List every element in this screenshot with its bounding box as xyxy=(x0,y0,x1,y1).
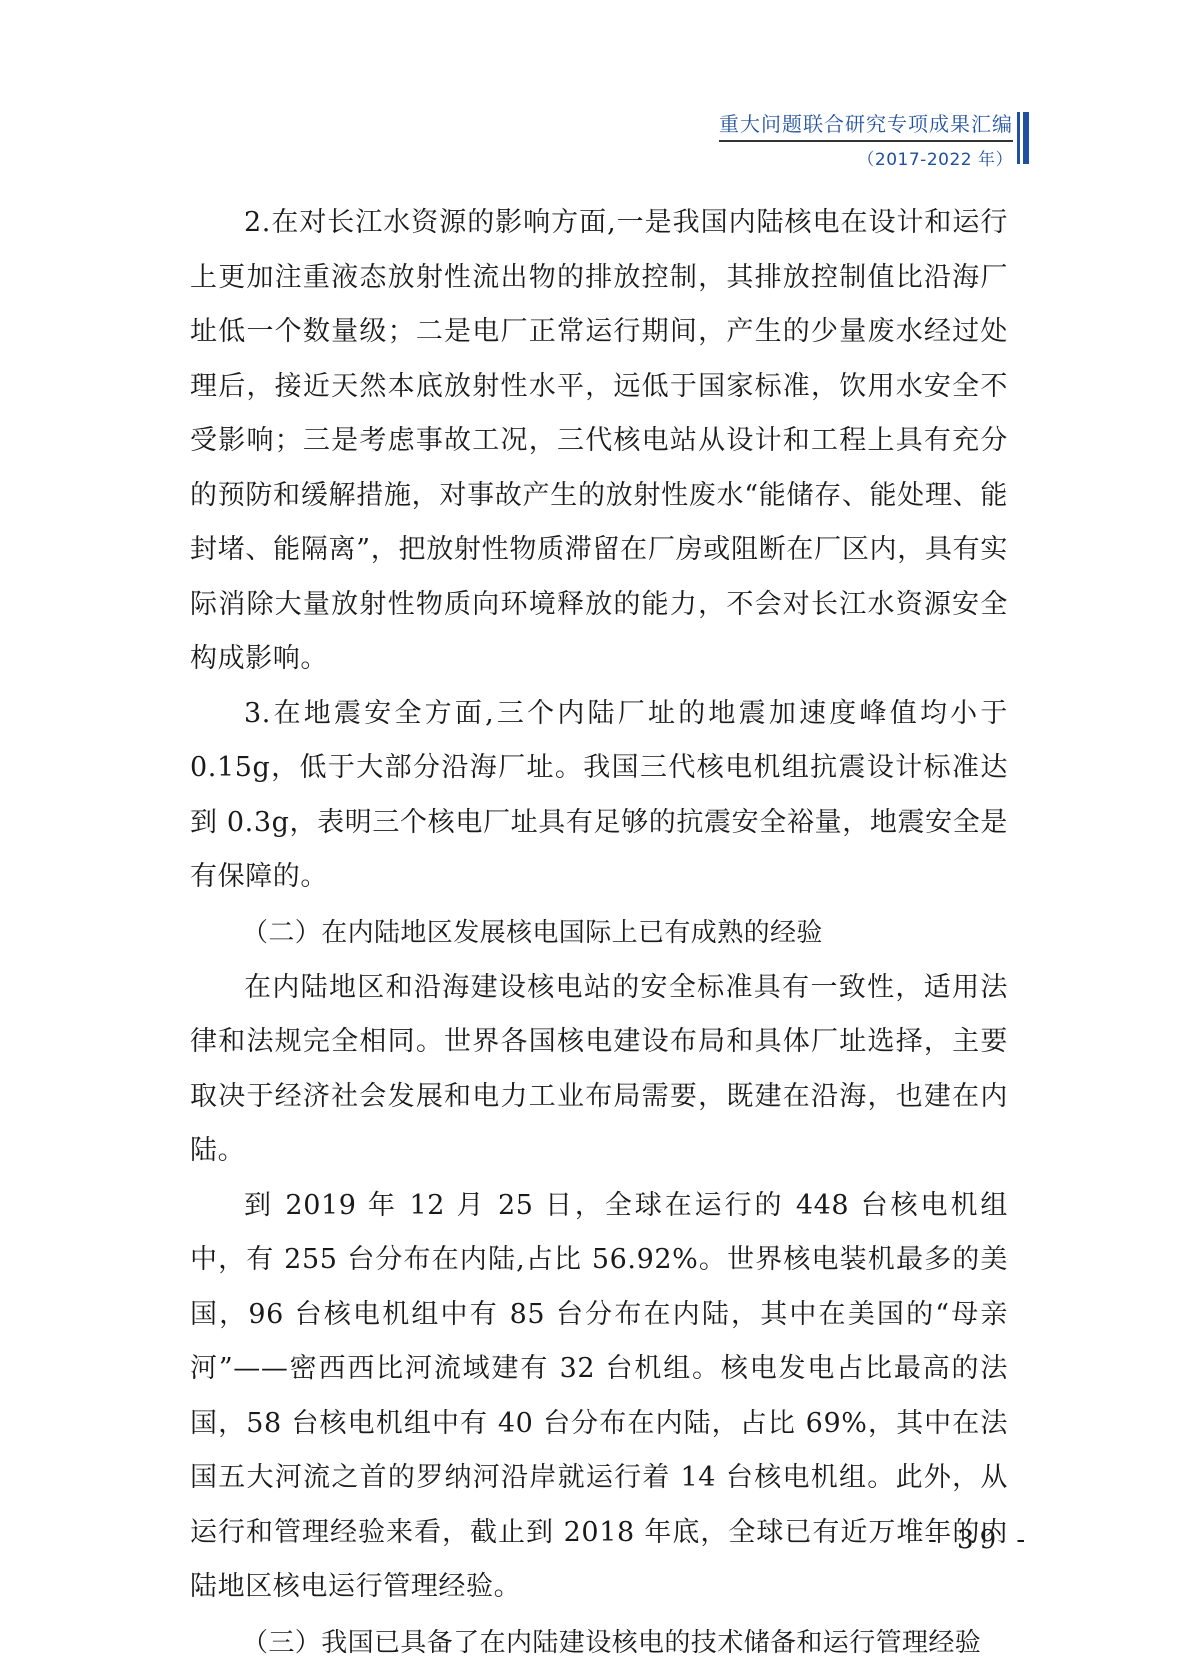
section-heading-3: （三）我国已具备了在内陆建设核电的技术储备和运行管理经验 xyxy=(190,1615,1008,1671)
running-header: 重大问题联合研究专项成果汇编 （2017-2022 年） xyxy=(719,108,1013,170)
header-title: 重大问题联合研究专项成果汇编 xyxy=(719,108,1013,142)
page-body: 2.在对长江水资源的影响方面,一是我国内陆核电在设计和运行上更加注重液态放射性流… xyxy=(190,196,1008,1671)
paragraph-global-statistics: 到 2019 年 12 月 25 日，全球在运行的 448 台核电机组中，有 2… xyxy=(190,1179,1008,1615)
header-double-bar-decoration xyxy=(1017,112,1031,164)
paragraph-seismic-safety: 3.在地震安全方面,三个内陆厂址的地震加速度峰值均小于 0.15g，低于大部分沿… xyxy=(190,687,1008,905)
header-subtitle: （2017-2022 年） xyxy=(719,145,1013,170)
page-number: - 39 - xyxy=(928,1525,1031,1555)
paragraph-safety-standards: 在内陆地区和沿海建设核电站的安全标准具有一致性，适用法律和法规完全相同。世界各国… xyxy=(190,961,1008,1179)
section-heading-2: （二）在内陆地区发展核电国际上已有成熟的经验 xyxy=(190,905,1008,961)
paragraph-water-resources: 2.在对长江水资源的影响方面,一是我国内陆核电在设计和运行上更加注重液态放射性流… xyxy=(190,196,1008,687)
